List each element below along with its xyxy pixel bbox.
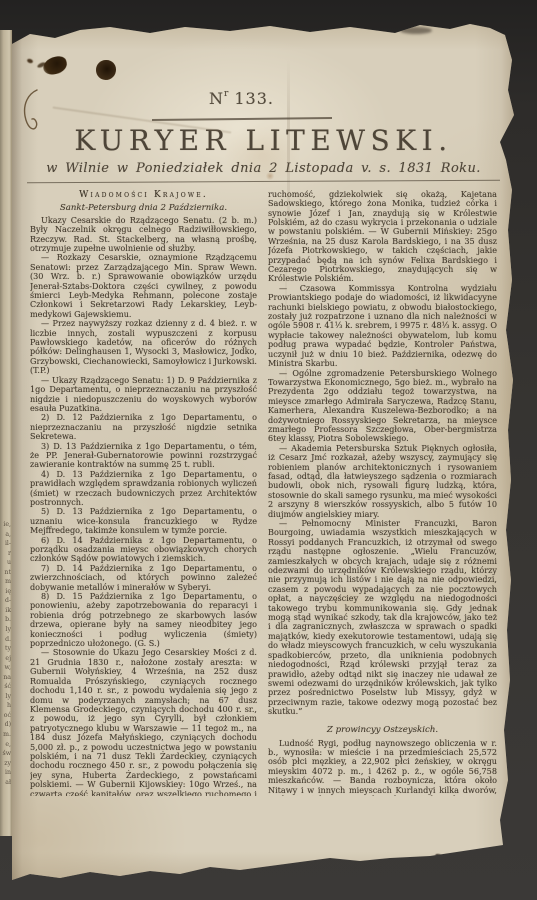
news-paragraph: 3) D. 13 Października z 1go Departamentu… — [30, 442, 257, 470]
right-column: ruchomość, gdziekolwiek się okażą, Kajet… — [268, 190, 497, 796]
issue-superscript: r — [224, 89, 229, 99]
news-paragraph: Ukazy Cesarskie do Rządzącego Senatu. (2… — [30, 216, 257, 254]
ink-blot-right — [96, 60, 116, 80]
adjacent-page-text-fragments: ie, a, il- r u nt m ię d- ik b. ly d. ty… — [0, 520, 11, 787]
newspaper-page: Nr133. KURYER LITEWSKI. w Wilnie w Ponie… — [12, 24, 515, 882]
tear-speck — [435, 854, 442, 860]
newspaper-title: KURYER LITEWSKI. — [12, 124, 515, 158]
issue-underline-rule — [151, 117, 331, 120]
news-paragraph: ruchomość, gdziekolwiek się okażą, Kajet… — [268, 190, 497, 284]
ink-blot-small — [26, 58, 33, 64]
scan-background: { "document": { "kind": "newspaper-scan"… — [0, 0, 537, 900]
news-paragraph: — Rozkazy Cesarskie, oznaymione Rządzące… — [30, 253, 257, 319]
edge-smudge — [400, 27, 432, 34]
news-paragraph: 6) D. 14 Października z 1go Departamentu… — [30, 536, 257, 564]
section-header-ostsee: Z prowincyy Ostzeyskich. — [268, 725, 497, 735]
news-paragraph: — Pełnomocny Minister Francuzki, Baron B… — [268, 519, 497, 717]
adjacent-page-edge: ie, a, il- r u nt m ię d- ik b. ly d. ty… — [0, 30, 13, 836]
news-paragraph: — Ukazy Rządzącego Senatu: 1) D. 9 Paźdz… — [30, 376, 257, 414]
place-dateline: Sankt-Petersburg dnia 2 Października. — [30, 203, 257, 213]
section-header-domestic: Wiadomości Krajowe. — [30, 190, 257, 201]
news-paragraph: 8) D. 15 Października z 1go Departamentu… — [30, 592, 257, 648]
masthead-rule — [27, 179, 500, 183]
left-column: Wiadomości Krajowe. Sankt-Petersburg dni… — [30, 190, 257, 796]
issue-number: Nr133. — [0, 82, 493, 111]
news-paragraph: — Ogólne zgromadzenie Petersburskiego Wo… — [268, 369, 497, 444]
news-paragraph: 4) D. 13 Października z 1go Departamentu… — [30, 470, 257, 508]
ink-blot-left — [41, 55, 68, 77]
masthead: Nr133. KURYER LITEWSKI. w Wilnie w Ponie… — [12, 82, 515, 182]
news-paragraph: 7) D. 14 Października z 1go Departamentu… — [30, 564, 257, 592]
news-paragraph: — Akademia Petersburska Sztuk Pięknych o… — [268, 444, 497, 519]
news-paragraph: — Przez naywyższy rozkaz dzienny z d. 4 … — [30, 319, 257, 375]
news-paragraph: Ludność Rygi, podług naynowszego oblicze… — [268, 739, 497, 796]
issue-prefix: N — [209, 89, 224, 108]
fold-crease-lower — [285, 254, 287, 684]
news-paragraph: — Czasowa Kommissya Kontrolna wydziału P… — [268, 284, 497, 369]
text-columns: Wiadomości Krajowe. Sankt-Petersburg dni… — [30, 190, 499, 796]
issue-value: 133. — [234, 89, 274, 108]
news-paragraph: — Stosownie do Ukazu Jego Cesarskiey Moś… — [30, 648, 257, 795]
masthead-dateline: w Wilnie w Poniedziałek dnia 2 Listopada… — [12, 161, 515, 177]
news-paragraph: 2) D. 12 Października z 1go Departamentu… — [30, 413, 257, 441]
news-paragraph: 5) D. 13 Października z 1go Departamentu… — [30, 507, 257, 535]
